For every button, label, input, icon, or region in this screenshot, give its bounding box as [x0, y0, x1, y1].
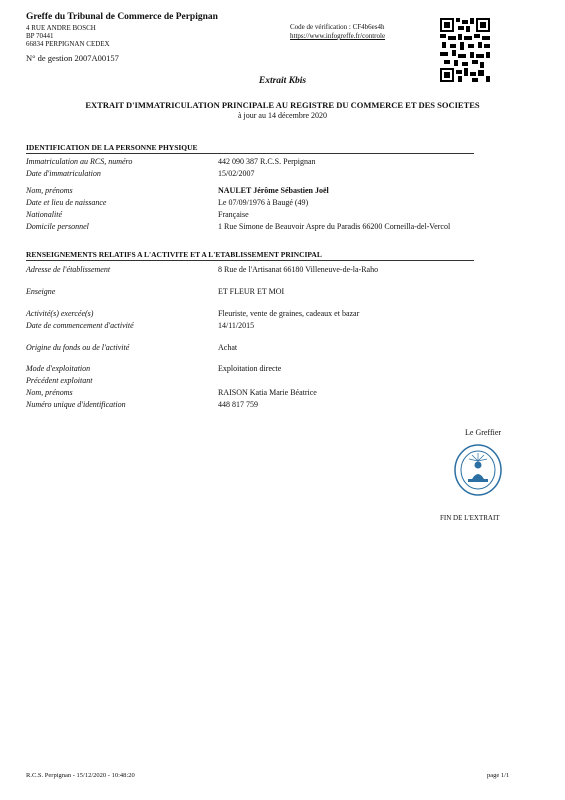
field-label: Date et lieu de naissance: [26, 198, 106, 207]
field-value: Le 07/09/1976 à Baugé (49): [218, 198, 308, 207]
field-value: 8 Rue de l'Artisanat 66180 Villeneuve-de…: [218, 265, 378, 274]
field-label: Date de commencement d'activité: [26, 321, 134, 330]
field-label: Mode d'exploitation: [26, 364, 90, 373]
field-row: Immatriculation au RCS, numéro442 090 38…: [26, 157, 526, 169]
qr-code-icon: [440, 18, 490, 82]
section-title-identification: IDENTIFICATION DE LA PERSONNE PHYSIQUE: [26, 143, 474, 154]
tribunal-seal-icon: [453, 443, 503, 497]
field-label: Précédent exploitant: [26, 376, 92, 385]
field-row: Précédent exploitant: [26, 376, 526, 388]
field-label: Activité(s) exercée(s): [26, 309, 93, 318]
field-label: Origine du fonds ou de l'activité: [26, 343, 129, 352]
section-title-activite: RENSEIGNEMENTS RELATIFS A L'ACTIVITE ET …: [26, 250, 474, 261]
field-row: Numéro unique d'identification448 817 75…: [26, 400, 526, 412]
field-label: Date d'immatriculation: [26, 169, 101, 178]
gestion-number: N° de gestion 2007A00157: [26, 53, 119, 63]
field-row: Nom, prénomsNAULET Jérôme Sébastien Joël: [26, 186, 526, 198]
field-value: ET FLEUR ET MOI: [218, 287, 284, 296]
verification-code: Code de vérification : CF4b6es4h: [290, 23, 385, 32]
field-label: Domicile personnel: [26, 222, 89, 231]
field-label: Nationalité: [26, 210, 62, 219]
field-row: Mode d'exploitationExploitation directe: [26, 364, 526, 376]
field-value: Achat: [218, 343, 237, 352]
field-label: Numéro unique d'identification: [26, 400, 126, 409]
field-row: Date de commencement d'activité14/11/201…: [26, 321, 526, 333]
document-type: Extrait Kbis: [0, 76, 565, 86]
field-value: Exploitation directe: [218, 364, 281, 373]
field-value: Française: [218, 210, 249, 219]
field-label: Immatriculation au RCS, numéro: [26, 157, 132, 166]
verification-block: Code de vérification : CF4b6es4h https:/…: [290, 23, 385, 41]
field-value: 15/02/2007: [218, 169, 254, 178]
field-label: Nom, prénoms: [26, 186, 73, 195]
field-row: Origine du fonds ou de l'activitéAchat: [26, 343, 526, 355]
footer-timestamp: R.C.S. Perpignan - 15/12/2020 - 10:48:20: [26, 772, 135, 779]
field-label: Adresse de l'établissement: [26, 265, 110, 274]
field-row: Nom, prénomsRAISON Katia Marie Béatrice: [26, 388, 526, 400]
field-row: Adresse de l'établissement8 Rue de l'Art…: [26, 265, 526, 277]
field-row: EnseigneET FLEUR ET MOI: [26, 287, 526, 299]
field-label: Enseigne: [26, 287, 55, 296]
field-row: Date et lieu de naissanceLe 07/09/1976 à…: [26, 198, 526, 210]
field-value: RAISON Katia Marie Béatrice: [218, 388, 317, 397]
field-row: Date d'immatriculation15/02/2007: [26, 169, 526, 181]
document-title: EXTRAIT D'IMMATRICULATION PRINCIPALE AU …: [0, 100, 565, 110]
document-date: à jour au 14 décembre 2020: [0, 111, 565, 120]
field-row: Domicile personnel1 Rue Simone de Beauvo…: [26, 222, 526, 234]
end-of-extract: FIN DE L'EXTRAIT: [440, 514, 500, 522]
page-number: page 1/1: [487, 772, 509, 779]
field-value: 448 817 759: [218, 400, 258, 409]
field-label: Nom, prénoms: [26, 388, 73, 397]
greffe-name: Greffe du Tribunal de Commerce de Perpig…: [26, 12, 218, 22]
address-line: 66834 PERPIGNAN CEDEX: [26, 40, 110, 49]
greffier-label: Le Greffier: [465, 428, 501, 437]
field-value: Fleuriste, vente de graines, cadeaux et …: [218, 309, 359, 318]
verification-link[interactable]: https://www.infogreffe.fr/controle: [290, 32, 385, 40]
field-value: NAULET Jérôme Sébastien Joël: [218, 186, 329, 195]
field-row: Activité(s) exercée(s)Fleuriste, vente d…: [26, 309, 526, 321]
field-value: 14/11/2015: [218, 321, 254, 330]
field-row: NationalitéFrançaise: [26, 210, 526, 222]
field-value: 442 090 387 R.C.S. Perpignan: [218, 157, 316, 166]
field-value: 1 Rue Simone de Beauvoir Aspre du Paradi…: [218, 222, 450, 231]
